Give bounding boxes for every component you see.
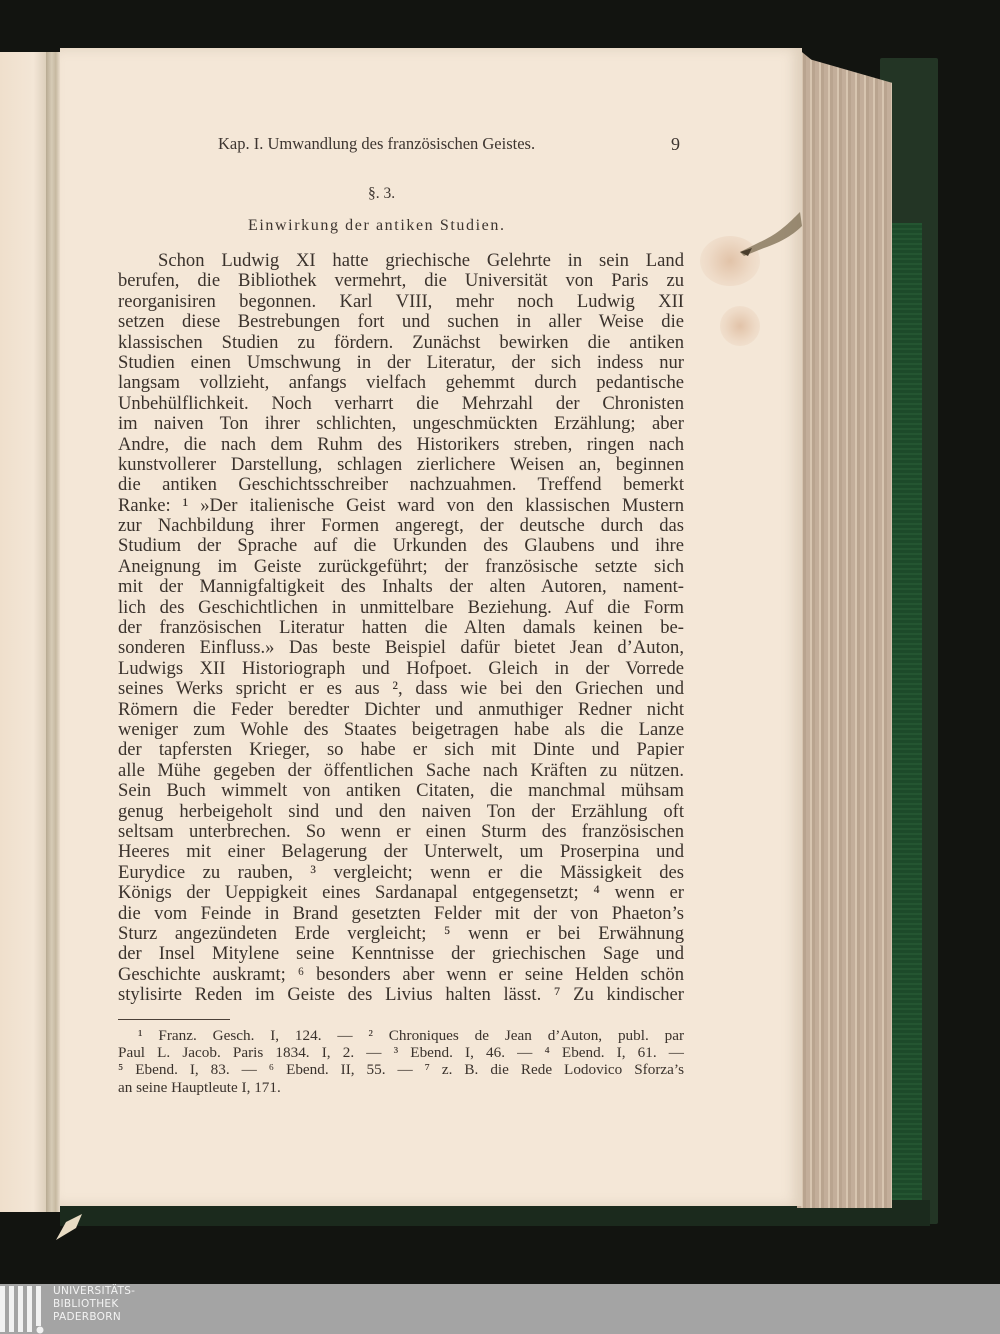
text-line: die vom Feinde in Brand gesetzten Felder…: [118, 904, 684, 924]
text-line: Aneignung im Geiste zurückgeführt; der f…: [118, 557, 684, 577]
text-line: weniger zum Wohle des Staates beigetrage…: [118, 720, 684, 740]
text-line: seines Werks spricht er es aus ², dass w…: [118, 679, 684, 699]
foxing-stain: [720, 306, 760, 346]
text-line: mit der Mannigfaltigkeit des Inhalts der…: [118, 577, 684, 597]
text-line: Sein Buch wimmelt von antiken Citaten, d…: [118, 781, 684, 801]
logo-line-2: BIBLIOTHEK: [53, 1298, 135, 1311]
footnote-line: ⁵ Ebend. I, 83. — ⁶ Ebend. II, 55. — ⁷ z…: [118, 1061, 684, 1078]
body-text: Schon Ludwig XI hatte griechische Gelehr…: [118, 251, 684, 1005]
book-gutter: [46, 52, 60, 1212]
library-logo-icon: [0, 1284, 48, 1334]
text-line: Ludwigs XII Historiograph und Hofpoet. G…: [118, 659, 684, 679]
page-edges-stack: [797, 48, 892, 1208]
logo-line-3: PADERBORN: [53, 1311, 135, 1324]
text-line: Sturz angezündeten Erde vergleicht; ⁵ we…: [118, 924, 684, 944]
text-line: Ranke: ¹ »Der italienische Geist ward vo…: [118, 496, 684, 516]
text-line: kunstvollerer Darstellung, schlagen zier…: [118, 455, 684, 475]
text-line: reorganisiren begonnen. Karl VIII, mehr …: [118, 292, 684, 312]
text-line: lich des Geschichtlichen in unmittelbare…: [118, 598, 684, 618]
page-number: 9: [671, 134, 680, 155]
text-line: langsam vollzieht, anfangs vielfach gehe…: [118, 373, 684, 393]
text-line: Studium der Sprache auf die Urkunden des…: [118, 536, 684, 556]
text-line: klassischen Studien zu fördern. Zunächst…: [118, 333, 684, 353]
running-head-title: Kap. I. Umwandlung des französischen Gei…: [218, 134, 535, 154]
text-line: sonderen Einfluss.» Das beste Beispiel d…: [118, 638, 684, 658]
text-line: Eurydice zu rauben, ³ vergleicht; wenn e…: [118, 863, 684, 883]
footnotes: ¹ Franz. Gesch. I, 124. — ² Chroniques d…: [118, 1027, 684, 1096]
text-line: Studien einen Umschwung in der Literatur…: [118, 353, 684, 373]
text-line: Königs der Ueppigkeit eines Sardanapal e…: [118, 883, 684, 903]
text-line: stylisirte Reden im Geiste des Livius ha…: [118, 985, 684, 1005]
text-line: die antiken Geschichtsschreiber nachzuah…: [118, 475, 684, 495]
footnote-divider: [118, 1019, 230, 1020]
text-line: Geschichte auskramt; ⁶ besonders aber we…: [118, 965, 684, 985]
text-line: Römern die Feder beredter Dichter und an…: [118, 700, 684, 720]
bookmark-ribbon-icon: [738, 212, 802, 258]
footnote-line: ¹ Franz. Gesch. I, 124. — ² Chroniques d…: [118, 1027, 684, 1044]
text-line: berufen, die Bibliothek vermehrt, die Un…: [118, 271, 684, 291]
section-title: Einwirkung der antiken Studien.: [248, 217, 506, 235]
bookmark-tassel-icon: [52, 1212, 102, 1242]
footnote-line: an seine Hauptleute I, 171.: [118, 1079, 684, 1096]
section-number: §. 3.: [368, 185, 395, 203]
text-line: der tapfersten Krieger, so habe er sich …: [118, 740, 684, 760]
text-line: Schon Ludwig XI hatte griechische Gelehr…: [118, 251, 684, 271]
running-head: Kap. I. Umwandlung des französischen Gei…: [218, 134, 688, 156]
text-line: der französischen Literatur hatten die A…: [118, 618, 684, 638]
footnote-line: Paul L. Jacob. Paris 1834. I, 2. — ³ Ebe…: [118, 1044, 684, 1061]
text-line: Heeres mit einer Belagerung der Unterwel…: [118, 842, 684, 862]
library-logo-bar: [0, 1284, 1000, 1334]
text-line: Andre, die nach dem Ruhm des Historikers…: [118, 435, 684, 455]
text-line: der Insel Mitylene seine Kenntnisse der …: [118, 944, 684, 964]
text-line: im naiven Ton ihrer schlichten, ungeschm…: [118, 414, 684, 434]
text-line: seltsam unterbrechen. So wenn er einen S…: [118, 822, 684, 842]
logo-line-1: UNIVERSITÄTS-: [53, 1285, 135, 1298]
library-logo-text: UNIVERSITÄTS- BIBLIOTHEK PADERBORN: [53, 1285, 135, 1324]
left-page-edge: [0, 52, 48, 1212]
text-line: setzen diese Bestrebungen fort und suche…: [118, 312, 684, 332]
text-line: genug herbeigeholt sind und den naiven T…: [118, 802, 684, 822]
text-line: alle Mühe gegeben der öffentlichen Sache…: [118, 761, 684, 781]
text-line: zur Nachbildung ihrer Formen angeregt, d…: [118, 516, 684, 536]
text-line: Unbehülflichkeit. Noch verharrt die Mehr…: [118, 394, 684, 414]
